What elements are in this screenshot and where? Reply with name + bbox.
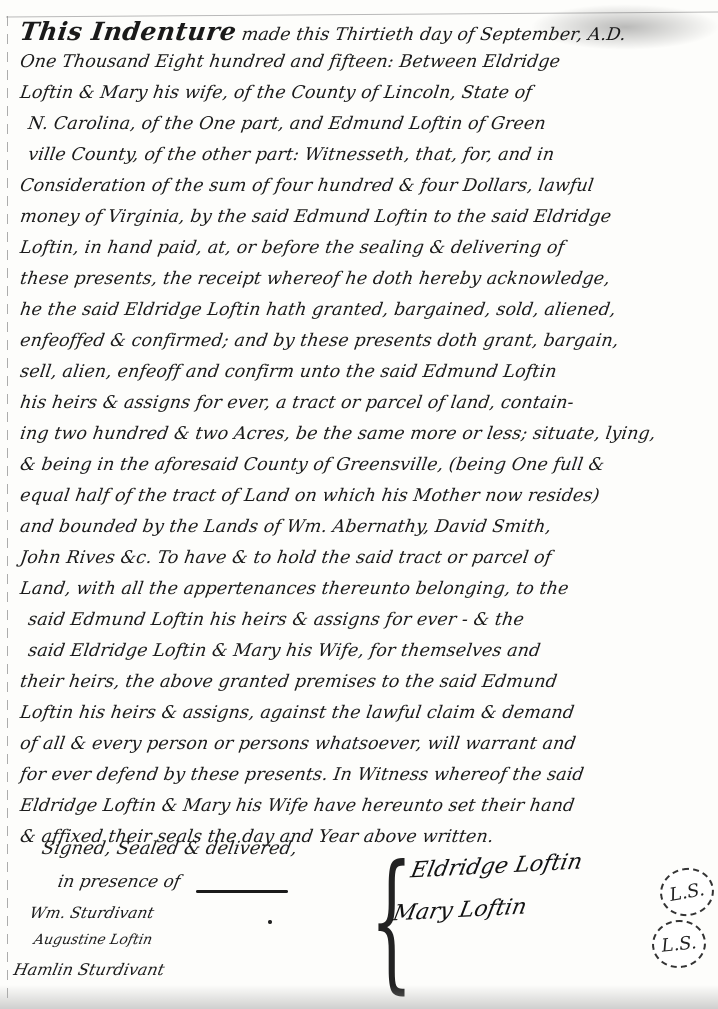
text-line: N. Carolina, of the One part, and Edmund… bbox=[18, 109, 718, 140]
witness-name: Hamlin Sturdivant bbox=[12, 960, 166, 979]
signed-sealed-delivered-label: Signed, Sealed & delivered, bbox=[40, 838, 299, 859]
witness-name: Wm. Sturdivant bbox=[28, 904, 156, 922]
flourish-rule bbox=[196, 890, 288, 893]
text-line: ville County, of the other part: Witness… bbox=[18, 140, 718, 171]
text-line: their heirs, the above granted premises … bbox=[18, 667, 718, 698]
text-line: Eldridge Loftin & Mary his Wife have her… bbox=[18, 791, 718, 822]
text-line: of all & every person or persons whatsoe… bbox=[18, 729, 718, 760]
text-line: sell, alien, enfeoff and confirm unto th… bbox=[18, 357, 718, 388]
text-line: Loftin & Mary his wife, of the County of… bbox=[18, 78, 718, 109]
seal-icon: L.S. bbox=[650, 917, 709, 970]
document-title: This Indenture bbox=[18, 17, 238, 46]
text-line: Consideration of the sum of four hundred… bbox=[18, 171, 718, 202]
text-line: said Edmund Loftin his heirs & assigns f… bbox=[18, 605, 718, 636]
text-line: ing two hundred & two Acres, be the same… bbox=[18, 419, 718, 450]
text-line: Loftin, in hand paid, at, or before the … bbox=[18, 233, 718, 264]
text-line: enfeoffed & confirmed; and by these pres… bbox=[18, 326, 718, 357]
manuscript-page: This Indenture made this Thirtieth day o… bbox=[0, 0, 718, 1009]
attestation-block: Signed, Sealed & delivered, in presence … bbox=[0, 838, 718, 1009]
text-line: he the said Eldridge Loftin hath granted… bbox=[18, 295, 718, 326]
signature-eldridge-loftin: Eldridge Loftin bbox=[409, 850, 585, 884]
text-line: these presents, the receipt whereof he d… bbox=[18, 264, 718, 295]
text-line: for ever defend by these presents. In Wi… bbox=[18, 760, 718, 791]
witness-name: Augustine Loftin bbox=[32, 932, 154, 948]
in-presence-of-label: in presence of bbox=[56, 872, 182, 892]
text-line: One Thousand Eight hundred and fifteen: … bbox=[18, 47, 718, 78]
text-line: and bounded by the Lands of Wm. Abernath… bbox=[18, 512, 718, 543]
seal-icon: L.S. bbox=[656, 864, 718, 921]
text-line: John Rives &c. To have & to hold the sai… bbox=[18, 543, 718, 574]
text-line: This Indenture made this Thirtieth day o… bbox=[18, 16, 718, 47]
text-line: Loftin his heirs & assigns, against the … bbox=[18, 698, 718, 729]
text-line: money of Virginia, by the said Edmund Lo… bbox=[18, 202, 718, 233]
indenture-body: This Indenture made this Thirtieth day o… bbox=[18, 16, 718, 853]
text-line: & being in the aforesaid County of Green… bbox=[18, 450, 718, 481]
text-line: his heirs & assigns for ever, a tract or… bbox=[18, 388, 718, 419]
text-line: equal half of the tract of Land on which… bbox=[18, 481, 718, 512]
scan-shadow bbox=[0, 985, 718, 1009]
line-text: made this Thirtieth day of September, A.… bbox=[240, 25, 627, 45]
text-line: said Eldridge Loftin & Mary his Wife, fo… bbox=[18, 636, 718, 667]
text-line: Land, with all the appertenances thereun… bbox=[18, 574, 718, 605]
ink-dot bbox=[268, 920, 272, 924]
